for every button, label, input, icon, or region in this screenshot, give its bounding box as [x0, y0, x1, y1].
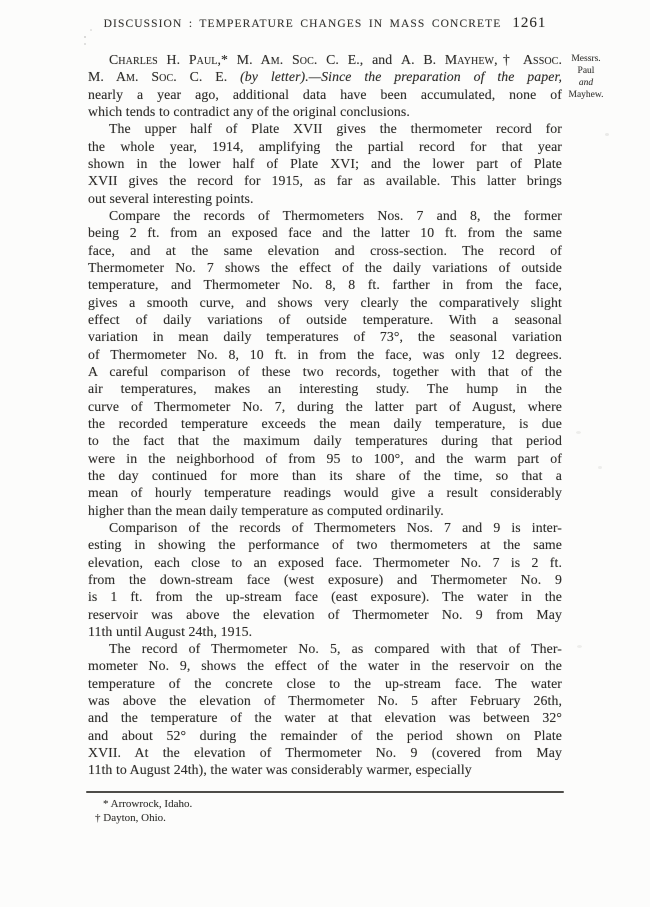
text-segment: and about 52° during the remainder of th… — [88, 728, 562, 743]
text-line: and about 52° during the remainder of th… — [88, 727, 562, 744]
text-line: the recorded temperature exceeds the mea… — [88, 415, 562, 432]
text-line: temperature of the concrete close to the… — [88, 675, 562, 692]
text-line: XVII. At the elevation of Thermometer No… — [88, 744, 562, 761]
text-segment: from the down-stream face (west exposure… — [88, 572, 562, 587]
text-line: Charles H. Paul,* M. Am. Soc. C. E., and… — [88, 51, 562, 68]
scanned-page: DISCUSSION : TEMPERATURE CHANGES IN MASS… — [0, 0, 650, 907]
running-head: DISCUSSION : TEMPERATURE CHANGES IN MASS… — [88, 15, 562, 32]
text-line: effect of daily variations of outside te… — [88, 311, 562, 328]
text-line: mean of hourly temperature readings woul… — [88, 484, 562, 501]
text-line: of Thermometer No. 8, 10 ft. in from the… — [88, 346, 562, 363]
text-segment: A. B. Mayhew,† Assoc. — [401, 52, 562, 67]
text-segment: shown in the lower half of Plate XVI; an… — [88, 156, 562, 171]
text-segment: A careful comparison of these two record… — [88, 364, 562, 379]
text-segment: being 2 ft. from an exposed face and the… — [88, 225, 562, 240]
text-segment: effect of daily variations of outside te… — [88, 312, 562, 327]
text-segment: were in the neighborhood of from 95 to 1… — [88, 451, 562, 466]
text-segment: elevation, each close to an exposed face… — [88, 555, 562, 570]
footnote: * Arrowrock, Idaho. — [88, 797, 562, 811]
body-text: Charles H. Paul,* M. Am. Soc. C. E., and… — [88, 51, 562, 779]
text-segment: 11th to August 24th), the water was cons… — [88, 762, 472, 777]
text-line: elevation, each close to an exposed face… — [88, 554, 562, 571]
text-segment: temperature, and Thermometer No. 8, 8 ft… — [88, 277, 562, 292]
text-line: shown in the lower half of Plate XVI; an… — [88, 155, 562, 172]
text-segment: mean of hourly temperature readings woul… — [88, 485, 562, 500]
paragraph: The record of Thermometer No. 5, as comp… — [88, 640, 562, 779]
scan-speck — [598, 466, 602, 469]
text-line: variation in mean daily temperatures of … — [88, 328, 562, 345]
text-segment: Comparison of the records of Thermometer… — [109, 520, 562, 535]
margin-note-line: Mayhew. — [559, 89, 613, 101]
text-line: 11th to August 24th), the water was cons… — [88, 761, 562, 778]
margin-note-line: Messrs. — [559, 53, 613, 65]
text-segment: variation in mean daily temperatures of … — [88, 329, 562, 344]
text-line: and the temperature of the water at that… — [88, 709, 562, 726]
text-line: Thermometer No. 7 shows the effect of th… — [88, 259, 562, 276]
scan-speck — [84, 43, 86, 45]
scan-speck — [577, 645, 582, 648]
text-segment: M. Am. Soc. C. E. — [88, 69, 240, 84]
footnote: † Dayton, Ohio. — [88, 811, 562, 825]
text-segment: (by letter).—Since the preparation of th… — [240, 69, 562, 84]
text-line: The record of Thermometer No. 5, as comp… — [88, 640, 562, 657]
text-line: being 2 ft. from an exposed face and the… — [88, 224, 562, 241]
paragraph: Comparison of the records of Thermometer… — [88, 519, 562, 640]
text-segment: Charles H. Paul,* M. Am. Soc. C. E., — [109, 52, 372, 67]
text-line: Comparison of the records of Thermometer… — [88, 519, 562, 536]
text-line: the day continued for more than its shar… — [88, 467, 562, 484]
text-segment: and — [372, 52, 401, 67]
text-segment: nearly a year ago, additional data have … — [88, 87, 562, 102]
text-line: M. Am. Soc. C. E. (by letter).—Since the… — [88, 68, 562, 85]
text-segment: to the fact that the maximum daily tempe… — [88, 433, 562, 448]
text-segment: air temperatures, makes an interesting s… — [88, 381, 562, 396]
footnotes: * Arrowrock, Idaho.† Dayton, Ohio. — [88, 797, 562, 825]
text-segment: the recorded temperature exceeds the mea… — [88, 416, 562, 431]
paragraph: Compare the records of Thermometers Nos.… — [88, 207, 562, 519]
text-segment: XVII gives the record for 1915, as far a… — [88, 173, 562, 188]
text-segment: which tends to contradict any of the ori… — [88, 104, 410, 119]
text-line: were in the neighborhood of from 95 to 1… — [88, 450, 562, 467]
text-line: was above the elevation of Thermometer N… — [88, 692, 562, 709]
text-segment: and the temperature of the water at that… — [88, 710, 562, 725]
text-line: face, and at the same elevation and cros… — [88, 242, 562, 259]
text-segment: The upper half of Plate XVII gives the t… — [109, 121, 562, 136]
text-segment: the whole year, 1914, amplifying the par… — [88, 139, 562, 154]
margin-note: Messrs.PaulandMayhew. — [559, 53, 613, 101]
text-line: reservoir was above the elevation of The… — [88, 606, 562, 623]
text-segment: out several interesting points. — [88, 191, 254, 206]
text-segment: higher than the mean daily temperature a… — [88, 503, 444, 518]
text-segment: is 1 ft. from the up-stream face (east e… — [88, 589, 562, 604]
text-line: A careful comparison of these two record… — [88, 363, 562, 380]
text-segment: of Thermometer No. 8, 10 ft. in from the… — [88, 347, 562, 362]
text-segment: The record of Thermometer No. 5, as comp… — [109, 641, 562, 656]
text-line: air temperatures, makes an interesting s… — [88, 380, 562, 397]
margin-note-line: and — [559, 77, 613, 89]
text-line: the whole year, 1914, amplifying the par… — [88, 138, 562, 155]
scan-speck — [605, 133, 609, 136]
paragraph: Charles H. Paul,* M. Am. Soc. C. E., and… — [88, 51, 562, 120]
text-line: out several interesting points. — [88, 190, 562, 207]
text-line: 11th until August 24th, 1915. — [88, 623, 562, 640]
text-segment: Thermometer No. 7 shows the effect of th… — [88, 260, 562, 275]
text-segment: 11th until August 24th, 1915. — [88, 624, 252, 639]
text-segment: the day continued for more than its shar… — [88, 468, 562, 483]
scan-speck — [576, 431, 581, 434]
text-segment: reservoir was above the elevation of The… — [88, 607, 562, 622]
text-line: gives a smooth curve, and shows very cle… — [88, 294, 562, 311]
text-line: temperature, and Thermometer No. 8, 8 ft… — [88, 276, 562, 293]
text-segment: esting in showing the performance of two… — [88, 537, 562, 552]
paragraph: The upper half of Plate XVII gives the t… — [88, 120, 562, 207]
text-segment: gives a smooth curve, and shows very cle… — [88, 295, 562, 310]
text-line: The upper half of Plate XVII gives the t… — [88, 120, 562, 137]
margin-note-line: Paul — [559, 65, 613, 77]
text-segment: Compare the records of Thermometers Nos.… — [109, 208, 562, 223]
page-title: DISCUSSION : TEMPERATURE CHANGES IN MASS… — [104, 18, 502, 30]
text-segment: face, and at the same elevation and cros… — [88, 243, 562, 258]
text-line: is 1 ft. from the up-stream face (east e… — [88, 588, 562, 605]
text-line: mometer No. 9, shows the effect of the w… — [88, 657, 562, 674]
text-segment: was above the elevation of Thermometer N… — [88, 693, 562, 708]
text-line: Compare the records of Thermometers Nos.… — [88, 207, 562, 224]
text-line: XVII gives the record for 1915, as far a… — [88, 172, 562, 189]
text-line: higher than the mean daily temperature a… — [88, 502, 562, 519]
text-line: from the down-stream face (west exposure… — [88, 571, 562, 588]
text-line: to the fact that the maximum daily tempe… — [88, 432, 562, 449]
text-line: which tends to contradict any of the ori… — [88, 103, 562, 120]
text-segment: mometer No. 9, shows the effect of the w… — [88, 658, 562, 673]
scan-speck — [84, 36, 86, 38]
footnote-rule — [86, 791, 564, 793]
page-number: 1261 — [512, 15, 546, 32]
text-segment: curve of Thermometer No. 7, during the l… — [88, 399, 562, 414]
text-segment: temperature of the concrete close to the… — [88, 676, 562, 691]
text-segment: XVII. At the elevation of Thermometer No… — [88, 745, 562, 760]
scan-speck — [90, 29, 92, 31]
text-line: esting in showing the performance of two… — [88, 536, 562, 553]
text-line: curve of Thermometer No. 7, during the l… — [88, 398, 562, 415]
text-line: nearly a year ago, additional data have … — [88, 86, 562, 103]
